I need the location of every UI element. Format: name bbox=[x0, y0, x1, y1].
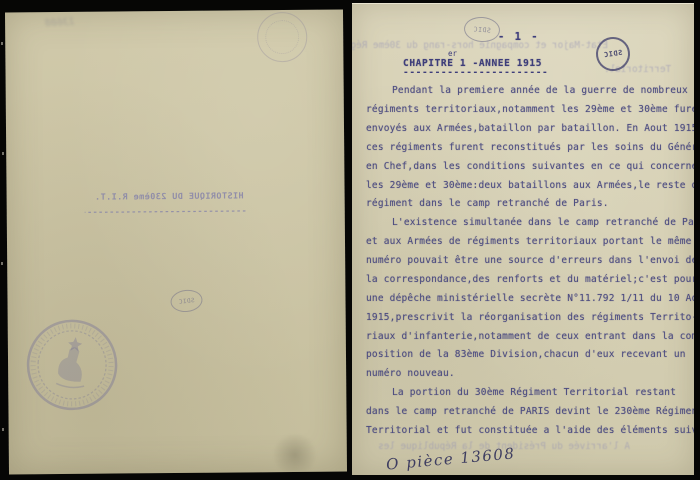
body-line: dans le camp retranché de PARIS devint l… bbox=[366, 406, 694, 417]
body-line: numéro pouvait être une source d'erreurs… bbox=[366, 255, 694, 266]
body-line: position de la 83ème Division,chacun d'e… bbox=[366, 349, 694, 360]
scan-edge-speck bbox=[1, 42, 3, 45]
body-line: riaux d'infanterie,notamment de ceux ent… bbox=[366, 331, 694, 342]
body-line: les 29ème et 30ème:deux bataillons aux A… bbox=[366, 180, 694, 191]
ink-smudge bbox=[271, 434, 319, 475]
body-line: Pendant la premiere année de la guerre d… bbox=[366, 85, 694, 96]
body-line: en Chef,dans les conditions suivantes en… bbox=[366, 161, 694, 172]
official-seal-stamp-icon bbox=[20, 313, 125, 418]
left-page: 13608 HISTORIQUE DU 230ème R.I.T. ------… bbox=[5, 10, 347, 475]
stamp-label: SDIC bbox=[178, 297, 195, 306]
pencil-scribble: 13608 bbox=[15, 16, 76, 42]
body-line: numéro nouveau. bbox=[366, 368, 694, 379]
scanned-document-background: 13608 HISTORIQUE DU 230ème R.I.T. ------… bbox=[0, 0, 700, 480]
bleed-through-title: HISTORIQUE DU 230ème R.I.T. bbox=[92, 191, 244, 202]
scan-edge-speck bbox=[1, 262, 3, 265]
scan-edge-speck bbox=[2, 428, 4, 431]
scan-edge-speck bbox=[2, 152, 4, 155]
faint-round-stamp-icon bbox=[257, 12, 307, 62]
body-line: la correspondance,des renforts et du mat… bbox=[366, 274, 694, 285]
sdic-oval-stamp-icon: SDIC bbox=[169, 288, 203, 313]
chapter-heading-underline: ----------------------- bbox=[403, 67, 548, 78]
body-line: La portion du 30ème Régiment Territorial… bbox=[366, 387, 694, 398]
chapter-heading-superscript: er bbox=[448, 49, 457, 58]
body-line: une dépêche ministérielle secrète N°11.7… bbox=[366, 293, 694, 304]
stamp-label: SDIC bbox=[473, 25, 491, 34]
body-line: envoyés aux Armées,bataillon par bataill… bbox=[366, 123, 694, 134]
right-page: Etat-Major et compagnie hors-rang du 30è… bbox=[352, 3, 694, 475]
bleed-through-title-underline: ------------------------------ bbox=[85, 206, 247, 217]
body-line: régiment dans le camp retranché de Paris… bbox=[366, 198, 694, 209]
body-line: régiments territoriaux,notamment les 29è… bbox=[366, 104, 694, 115]
body-line: L'existence simultanée dans le camp retr… bbox=[366, 217, 694, 228]
page-number: - 1 - bbox=[498, 31, 540, 43]
body-line: ces régiments furent reconstitués par le… bbox=[366, 142, 694, 153]
body-line: 1915,prescrivit la réorganisation des ré… bbox=[366, 312, 694, 323]
body-line: Territorial et fut constituée a l'aide d… bbox=[366, 425, 694, 436]
body-line: et aux Armées de régiments territoriaux … bbox=[366, 236, 694, 247]
stamp-label: SDIC bbox=[603, 49, 623, 60]
